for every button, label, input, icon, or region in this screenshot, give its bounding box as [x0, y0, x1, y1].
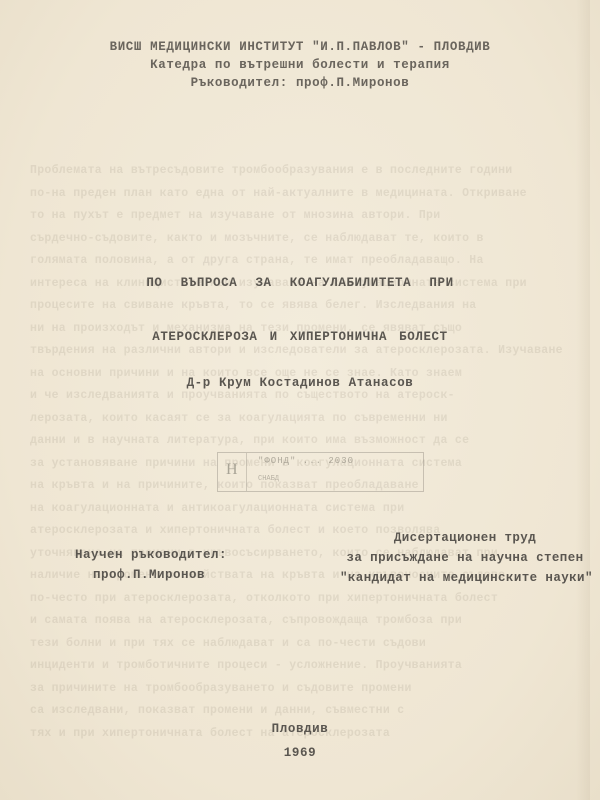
bleed-through-line: по-често при атеросклерозата, отколкото …: [30, 588, 575, 609]
bleed-through-line: голямата половина, а от друга страна, те…: [30, 250, 575, 271]
scanned-page: Проблемата на вътресъдовите тромбообразу…: [0, 0, 600, 800]
bleed-through-line: то на пухът е предмет на изучаване от мн…: [30, 205, 575, 226]
dissertation-line-1: Дисертационен труд: [340, 528, 590, 548]
year: 1969: [0, 746, 600, 760]
bleed-through-line: по-на преден план като една от най-актуа…: [30, 183, 575, 204]
title-line-1: ПО ВЪПРОСА ЗА КОАГУЛАБИЛИТЕТА ПРИ: [0, 276, 600, 290]
bleed-through-line: лерозата, които касаят се за коагулацият…: [30, 408, 575, 429]
city: Пловдив: [0, 722, 600, 736]
supervisor-label: Научен ръководител:: [75, 545, 227, 565]
department-head: Ръководител: проф.П.Миронов: [0, 74, 600, 92]
stamp-divider: [246, 453, 247, 491]
bleed-through-line: тези болни и при тях се наблюдават и са …: [30, 633, 575, 654]
library-stamp: Н "ФОНД" ... 2030 СНАБД: [217, 452, 424, 492]
institution-name: ВИСШ МЕДИЦИНСКИ ИНСТИТУТ "И.П.ПАВЛОВ" - …: [0, 38, 600, 56]
stamp-letter: Н: [226, 461, 238, 479]
bleed-through-line: са изследвани, показват промени и данни,…: [30, 700, 575, 721]
author-name: Д-р Крум Костадинов Атанасов: [0, 376, 600, 390]
bleed-through-line: на коагулационната и антикоагулационната…: [30, 498, 575, 519]
stamp-bottom-text: СНАБД: [258, 475, 279, 483]
bleed-through-line: сърдечно-съдовите, както и мозъчните, се…: [30, 228, 575, 249]
dissertation-block: Дисертационен труд за присъждане на науч…: [340, 528, 590, 588]
bleed-through-line: Проблемата на вътресъдовите тромбообразу…: [30, 160, 575, 181]
dissertation-line-2: за присъждане на научна степен: [340, 548, 590, 568]
page-edge-shadow: [576, 0, 590, 800]
stamp-top-text: "ФОНД" ... 2030: [258, 456, 354, 466]
bleed-through-line: данни и в научната литература, при които…: [30, 430, 575, 451]
supervisor-block: Научен ръководител: проф.П.Миронов: [75, 545, 227, 585]
title-line-2: АТЕРОСКЛЕРОЗА И ХИПЕРТОНИЧНА БОЛЕСТ: [0, 330, 600, 344]
bleed-through-line: за причините на тромбообразуването и съд…: [30, 678, 575, 699]
document-header: ВИСШ МЕДИЦИНСКИ ИНСТИТУТ "И.П.ПАВЛОВ" - …: [0, 38, 600, 92]
bleed-through-line: и самата поява на атеросклерозата, съпро…: [30, 610, 575, 631]
dissertation-line-3: "кандидат на медицинските науки": [340, 568, 590, 588]
department-name: Катедра по вътрешни болести и терапия: [0, 56, 600, 74]
bleed-through-line: инциденти и тромботичните процеси - усло…: [30, 655, 575, 676]
supervisor-name: проф.П.Миронов: [75, 565, 227, 585]
bleed-through-line: процесите на свиване кръвта, то се явява…: [30, 295, 575, 316]
